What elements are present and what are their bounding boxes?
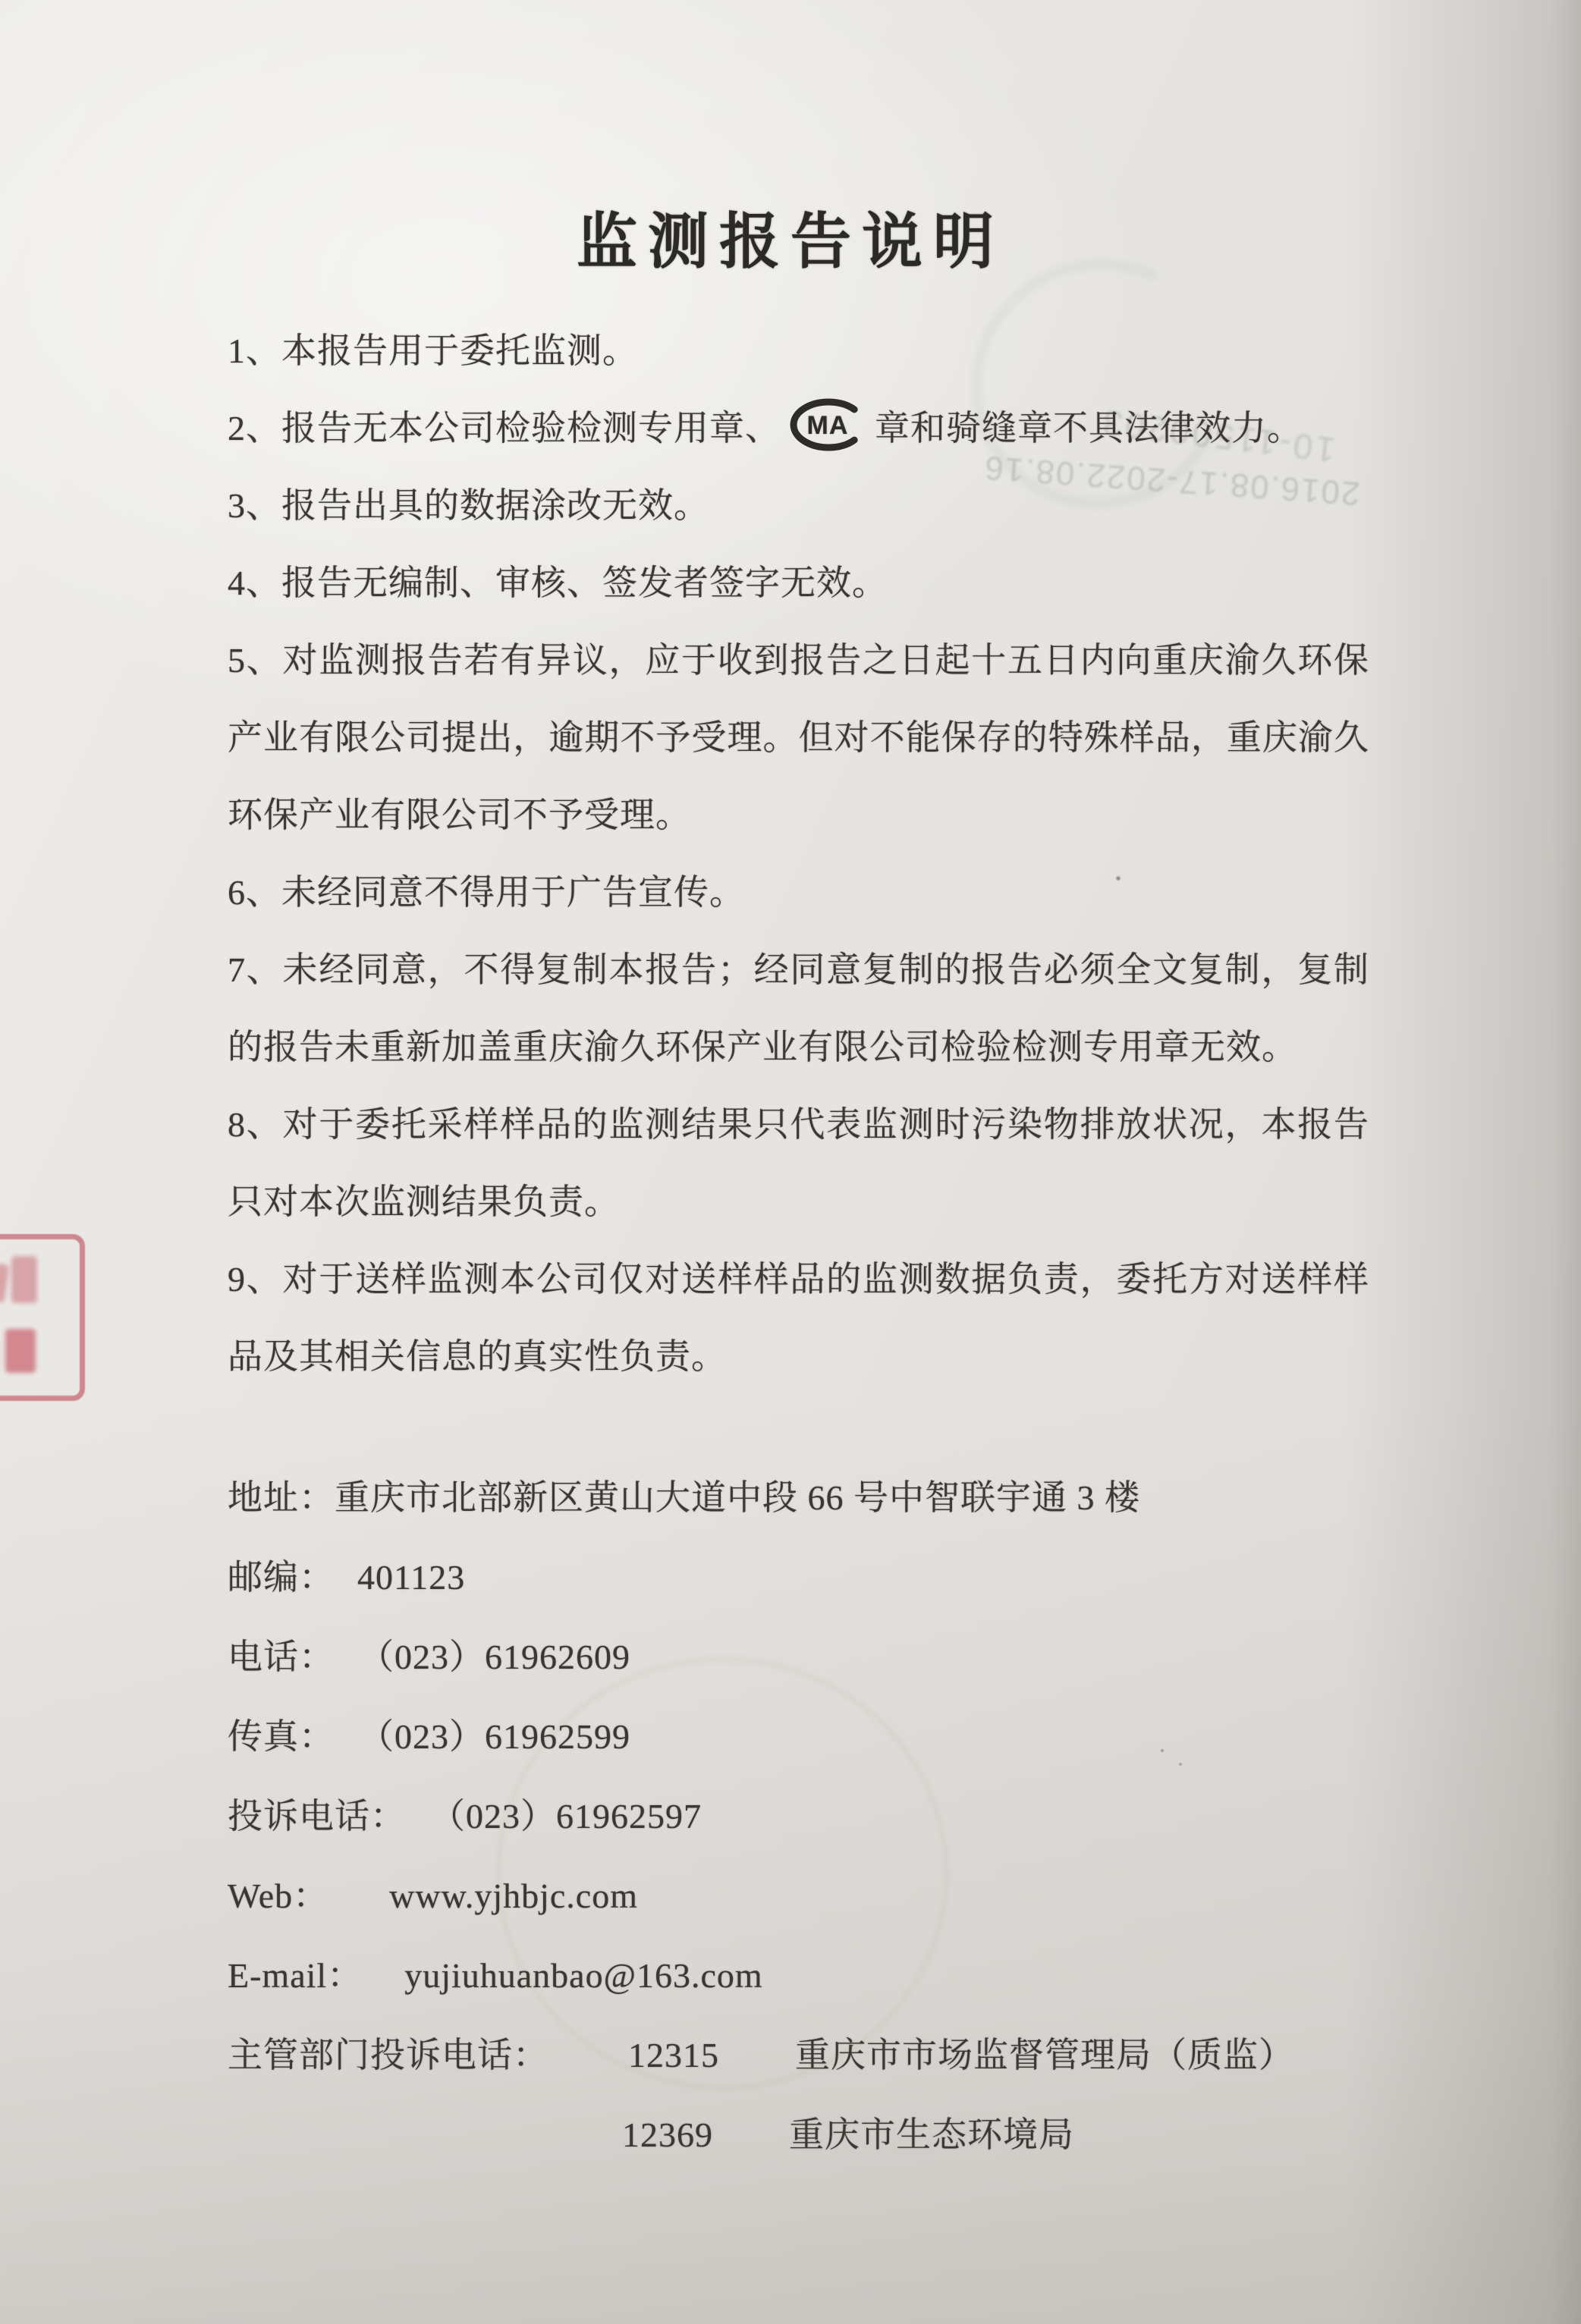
note-item-3: 3、报告出具的数据涂改无效。	[228, 467, 1369, 545]
complaint-phone-row: 投诉电话：（023）61962597	[228, 1776, 1517, 1856]
complaint-phone-value: （023）61962597	[448, 1797, 702, 1836]
supervisor-agency-quality: 重庆市市场监督管理局（质监）	[795, 2036, 1294, 2074]
fax-label: 传真：	[228, 1717, 335, 1756]
address-row: 地址：重庆市北部新区黄山大道中段 66 号中智联宇通 3 楼	[228, 1458, 1517, 1537]
red-seal-glyph-smudge	[0, 1262, 9, 1302]
supervisor-agency-ecology: 重庆市生态环境局	[789, 2115, 1074, 2154]
cma-mark-icon: MA	[785, 396, 870, 452]
red-seal-stamp	[0, 1234, 85, 1401]
page-title: 监测报告说明	[0, 193, 1581, 280]
supervisor-row-2: 12369重庆市生态环境局	[228, 2095, 1517, 2175]
supervisor-row-1: 主管部门投诉电话：12315重庆市市场监督管理局（质监）	[228, 2015, 1517, 2095]
fax-row: 传真：（023）61962599	[228, 1697, 1517, 1776]
zip-label: 邮编：	[228, 1558, 335, 1597]
red-seal-glyph-smudge	[11, 1256, 37, 1303]
fax-value: （023）61962599	[376, 1717, 630, 1756]
email-label: E-mail：	[228, 1956, 363, 1995]
phone-row: 电话：（023）61962609	[228, 1617, 1517, 1697]
address-value: 重庆市北部新区黄山大道中段 66 号中智联宇通 3 楼	[335, 1478, 1140, 1517]
supervisor-number-12315: 12315	[628, 2036, 719, 2074]
web-row: Web：www.yjhbjc.com	[228, 1856, 1517, 1936]
note-item-1: 1、本报告用于委托监测。	[228, 312, 1369, 390]
web-value: www.yjhbjc.com	[389, 1876, 638, 1915]
note-item-2-pre: 2、报告无本公司检验检测专用章、	[228, 409, 781, 448]
contact-block: 地址：重庆市北部新区黄山大道中段 66 号中智联宇通 3 楼 邮编：401123…	[228, 1458, 1517, 2175]
email-row: E-mail：yujiuhuanbao@163.com	[228, 1936, 1517, 2015]
notes-list: 1、本报告用于委托监测。 2、报告无本公司检验检测专用章、MA章和骑缝章不具法律…	[228, 312, 1369, 1396]
red-seal-glyph-smudge	[5, 1329, 36, 1373]
zip-value: 401123	[357, 1558, 465, 1597]
zip-row: 邮编：401123	[228, 1537, 1517, 1617]
address-label: 地址：	[228, 1478, 335, 1517]
note-item-4: 4、报告无编制、审核、签发者签字无效。	[228, 545, 1369, 622]
supervisor-label: 主管部门投诉电话：	[228, 2036, 548, 2074]
web-label: Web：	[228, 1876, 328, 1915]
phone-value: （023）61962609	[376, 1638, 630, 1676]
note-item-9: 9、对于送样监测本公司仅对送样样品的监测数据负责，委托方对送样样品及其相关信息的…	[228, 1241, 1369, 1396]
note-item-6: 6、未经同意不得用于广告宣传。	[228, 854, 1369, 931]
email-value: yujiuhuanbao@163.com	[404, 1956, 762, 1995]
note-item-2-post: 章和骑缝章不具法律效力。	[875, 409, 1303, 448]
complaint-phone-label: 投诉电话：	[228, 1797, 406, 1836]
cma-mark-letters: MA	[807, 411, 849, 440]
note-item-2: 2、报告无本公司检验检测专用章、MA章和骑缝章不具法律效力。	[228, 390, 1369, 467]
note-item-5: 5、对监测报告若有异议，应于收到报告之日起十五日内向重庆渝久环保产业有限公司提出…	[228, 622, 1369, 854]
supervisor-number-12369: 12369	[622, 2115, 713, 2154]
note-item-8: 8、对于委托采样样品的监测结果只代表监测时污染物排放状况，本报告只对本次监测结果…	[228, 1086, 1369, 1241]
note-item-7: 7、未经同意，不得复制本报告；经同意复制的报告必须全文复制，复制的报告未重新加盖…	[228, 931, 1369, 1086]
phone-label: 电话：	[228, 1638, 335, 1676]
scanned-report-page: 10-11500203 2016.08.17-2022.08.16 监测报告说明…	[0, 0, 1581, 2324]
